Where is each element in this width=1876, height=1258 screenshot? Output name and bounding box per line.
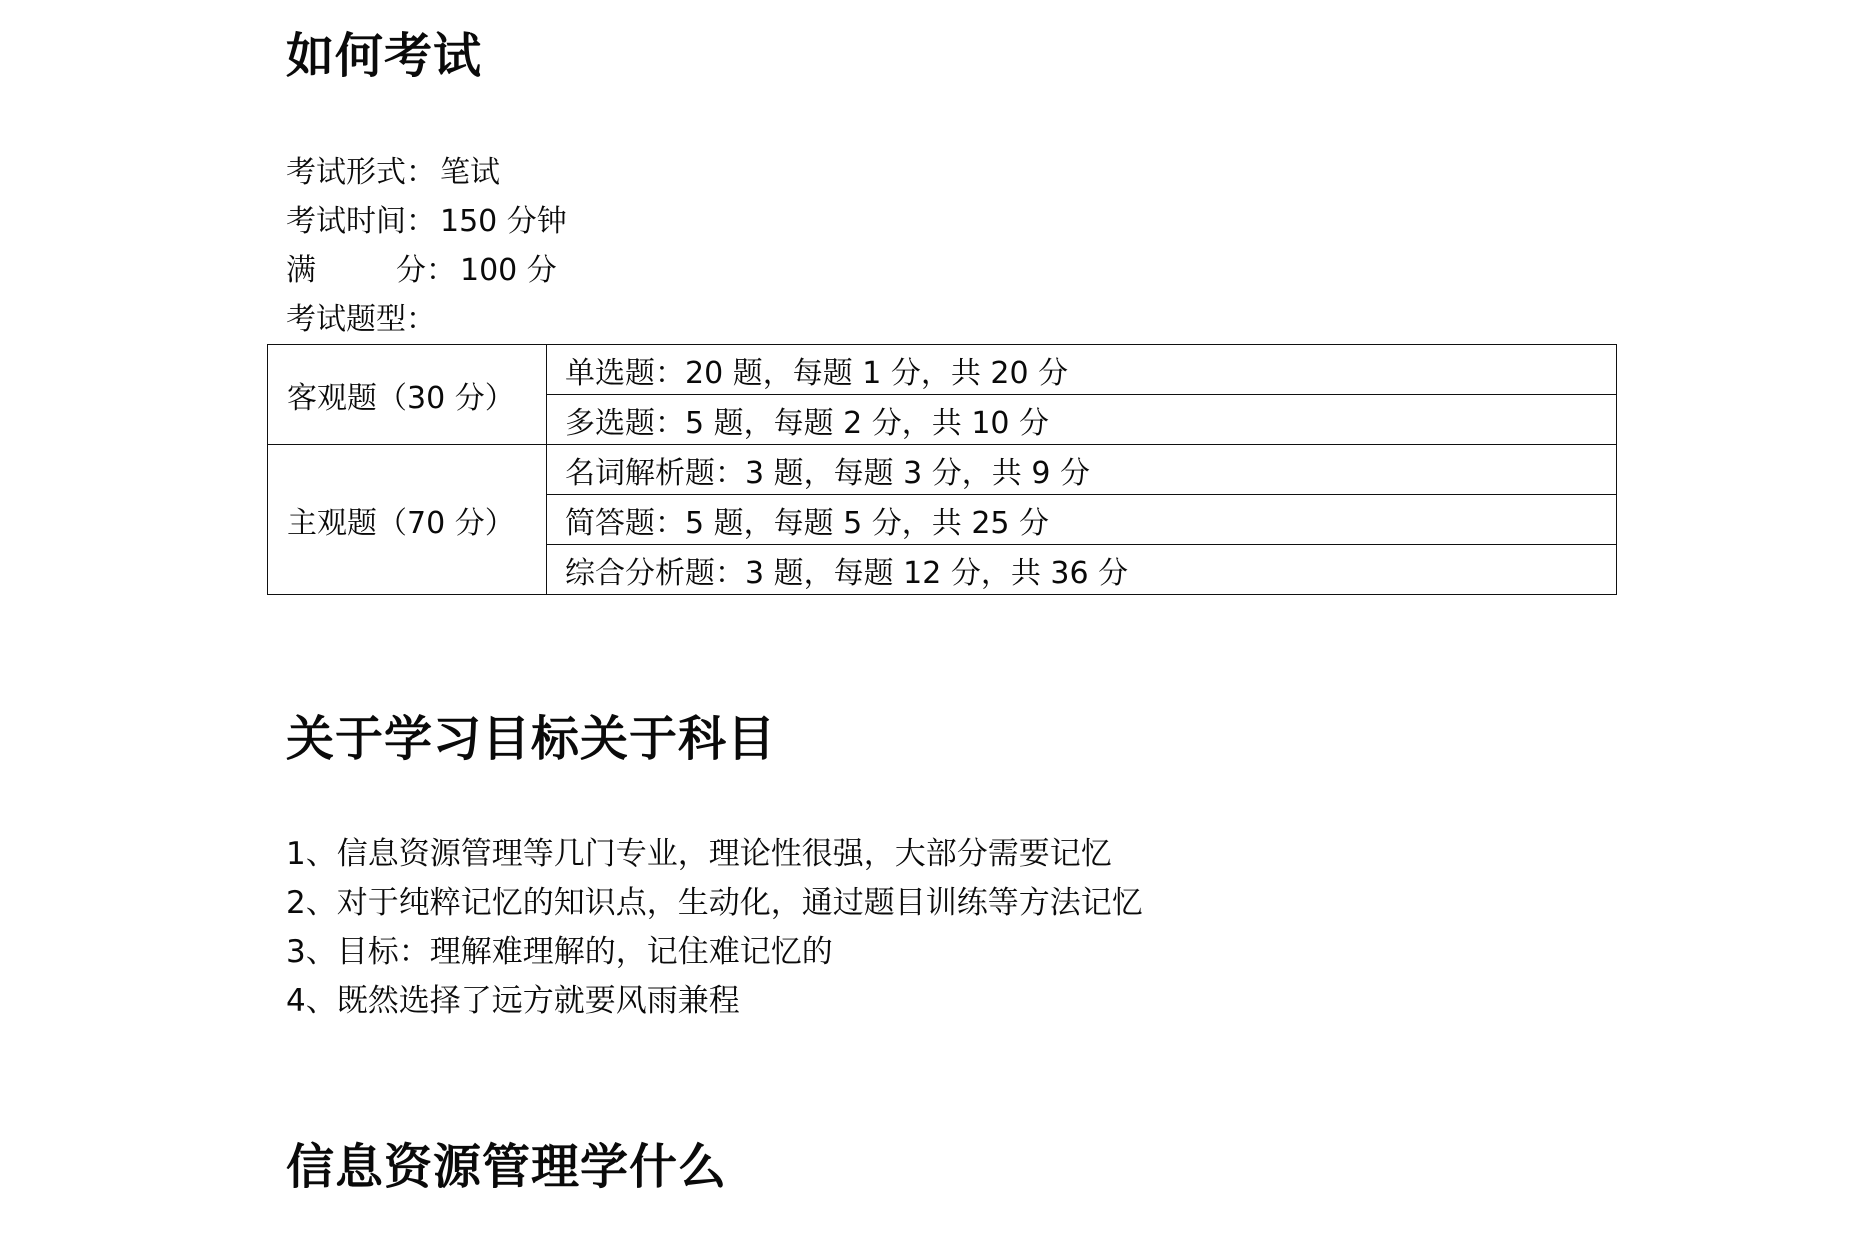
exam-info-list: 考试形式：笔试 考试时间：150 分钟 满分：100 分 考试题型： xyxy=(286,148,567,344)
info-value: 100 分 xyxy=(460,246,557,295)
info-value: 150 分钟 xyxy=(440,197,567,246)
section-heading-what-to-learn: 信息资源管理学什么 xyxy=(286,1142,727,1192)
info-label-char: 分 xyxy=(396,246,426,295)
section-heading-study-goals: 关于学习目标关于科目 xyxy=(286,714,776,764)
section-heading-how-to-exam: 如何考试 xyxy=(286,31,482,81)
question-item: 简答题：5 题，每题 5 分，共 25 分 xyxy=(547,495,1617,545)
exam-info-duration: 考试时间：150 分钟 xyxy=(286,197,567,246)
info-separator: ： xyxy=(426,246,456,295)
exam-info-format: 考试形式：笔试 xyxy=(286,148,567,197)
category-objective: 客观题（30 分） xyxy=(268,345,547,445)
info-separator: ： xyxy=(406,148,436,197)
category-subjective: 主观题（70 分） xyxy=(268,445,547,595)
list-item: 1、信息资源管理等几门专业，理论性很强，大部分需要记忆 xyxy=(286,830,1143,879)
question-item: 名词解析题：3 题，每题 3 分，共 9 分 xyxy=(547,445,1617,495)
question-type-table: 客观题（30 分） 单选题：20 题，每题 1 分，共 20 分 多选题：5 题… xyxy=(267,344,1617,595)
info-label: 满分 xyxy=(286,246,426,295)
info-label-char: 满 xyxy=(286,246,316,295)
info-separator: ： xyxy=(406,295,436,344)
question-item: 单选题：20 题，每题 1 分，共 20 分 xyxy=(547,345,1617,395)
list-item: 2、对于纯粹记忆的知识点，生动化，通过题目训练等方法记忆 xyxy=(286,879,1143,928)
study-goals-list: 1、信息资源管理等几门专业，理论性很强，大部分需要记忆 2、对于纯粹记忆的知识点… xyxy=(286,830,1143,1026)
info-value: 笔试 xyxy=(440,148,500,197)
info-label: 考试形式 xyxy=(286,148,406,197)
list-item: 3、目标：理解难理解的，记住难记忆的 xyxy=(286,928,1143,977)
question-item: 多选题：5 题，每题 2 分，共 10 分 xyxy=(547,395,1617,445)
table-row: 客观题（30 分） 单选题：20 题，每题 1 分，共 20 分 xyxy=(268,345,1617,395)
info-label: 考试题型 xyxy=(286,295,406,344)
info-separator: ： xyxy=(406,197,436,246)
list-item: 4、既然选择了远方就要风雨兼程 xyxy=(286,977,1143,1026)
table-row: 主观题（70 分） 名词解析题：3 题，每题 3 分，共 9 分 xyxy=(268,445,1617,495)
question-item: 综合分析题：3 题，每题 12 分，共 36 分 xyxy=(547,545,1617,595)
exam-info-full-score: 满分：100 分 xyxy=(286,246,567,295)
info-label: 考试时间 xyxy=(286,197,406,246)
exam-info-question-types: 考试题型： xyxy=(286,295,567,344)
document-page: 如何考试 考试形式：笔试 考试时间：150 分钟 满分：100 分 考试题型： … xyxy=(0,0,1876,1258)
